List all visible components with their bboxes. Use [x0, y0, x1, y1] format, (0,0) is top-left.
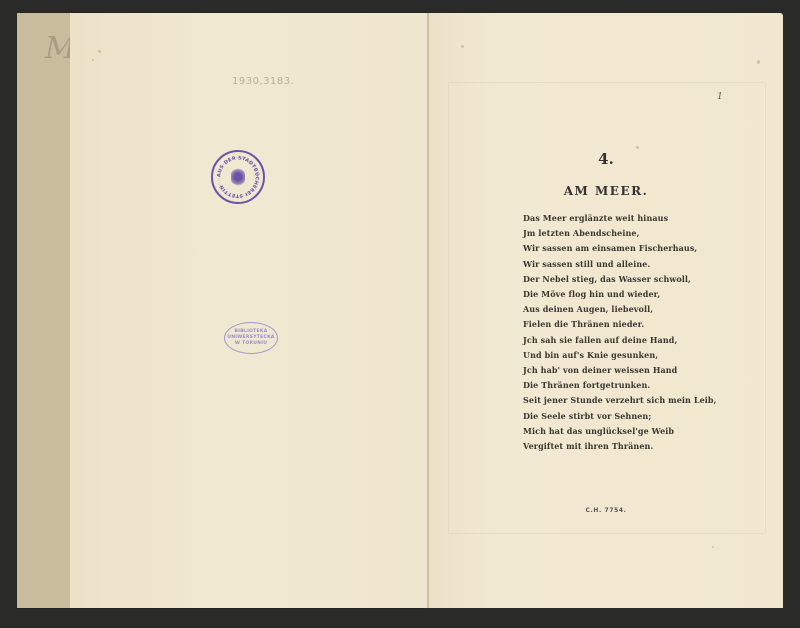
poem-line: Aus deinen Augen, liebevoll, — [523, 302, 717, 317]
accession-number: 1930,3183. — [232, 76, 294, 87]
poem-line: Seit jener Stunde verzehrt sich mein Lei… — [523, 393, 717, 408]
poem-line: Vergiftet mit ihren Thränen. — [523, 439, 717, 454]
foxing-spot — [461, 45, 464, 48]
poem-line: Jch hab' von deiner weissen Hand — [523, 363, 717, 378]
poem-number: 4. — [429, 150, 783, 168]
poem-line: Der Nebel stieg, das Wasser schwoll, — [523, 272, 717, 287]
oval-stamp-line-3: W TORUNIU — [235, 341, 267, 347]
library-stamp-oval: BIBLIOTEKA UNIWERSYTECKA W TORUNIU — [224, 322, 278, 354]
stamp-emblem-icon — [231, 167, 245, 187]
foxing-spot — [92, 59, 94, 61]
poem-line: Die Seele stirbt vor Sehnen; — [523, 409, 717, 424]
poem-line: Und bin auf's Knie gesunken, — [523, 348, 717, 363]
library-stamp-round: AUS DER STADTBÜCHEREI STETTIN — [211, 150, 265, 204]
poem-line: Wir sassen am einsamen Fischerhaus, — [523, 241, 717, 256]
poem-line: Fielen die Thränen nieder. — [523, 317, 717, 332]
poem-line: Mich hat das unglücksel'ge Weib — [523, 424, 717, 439]
poem-title-wrap: AM MEER. — [429, 180, 783, 199]
poem-line: Wir sassen still und alleine. — [523, 257, 717, 272]
poem-line: Das Meer erglänzte weit hinaus — [523, 211, 717, 226]
left-paper-area — [70, 13, 427, 608]
poem-title: AM MEER. — [564, 184, 649, 198]
poem-lines: Das Meer erglänzte weit hinaus Jm letzte… — [523, 211, 717, 454]
poem-line: Die Möve flog hin und wieder, — [523, 287, 717, 302]
poem-line: Jm letzten Abendscheine, — [523, 226, 717, 241]
foxing-spot — [636, 146, 639, 149]
foxing-spot — [98, 50, 101, 53]
left-binding-strip: Mx — [17, 13, 71, 608]
poem-block: 4. AM MEER. Das Meer erglänzte weit hina… — [429, 0, 783, 628]
poem-line: Die Thränen fortgetrunken. — [523, 378, 717, 393]
poem-line: Jch sah sie fallen auf deine Hand, — [523, 333, 717, 348]
left-page: Mx — [17, 13, 427, 608]
foxing-spot — [757, 60, 760, 64]
foxing-spot — [712, 546, 714, 548]
catalog-number: C.H. 7754. — [429, 507, 783, 514]
